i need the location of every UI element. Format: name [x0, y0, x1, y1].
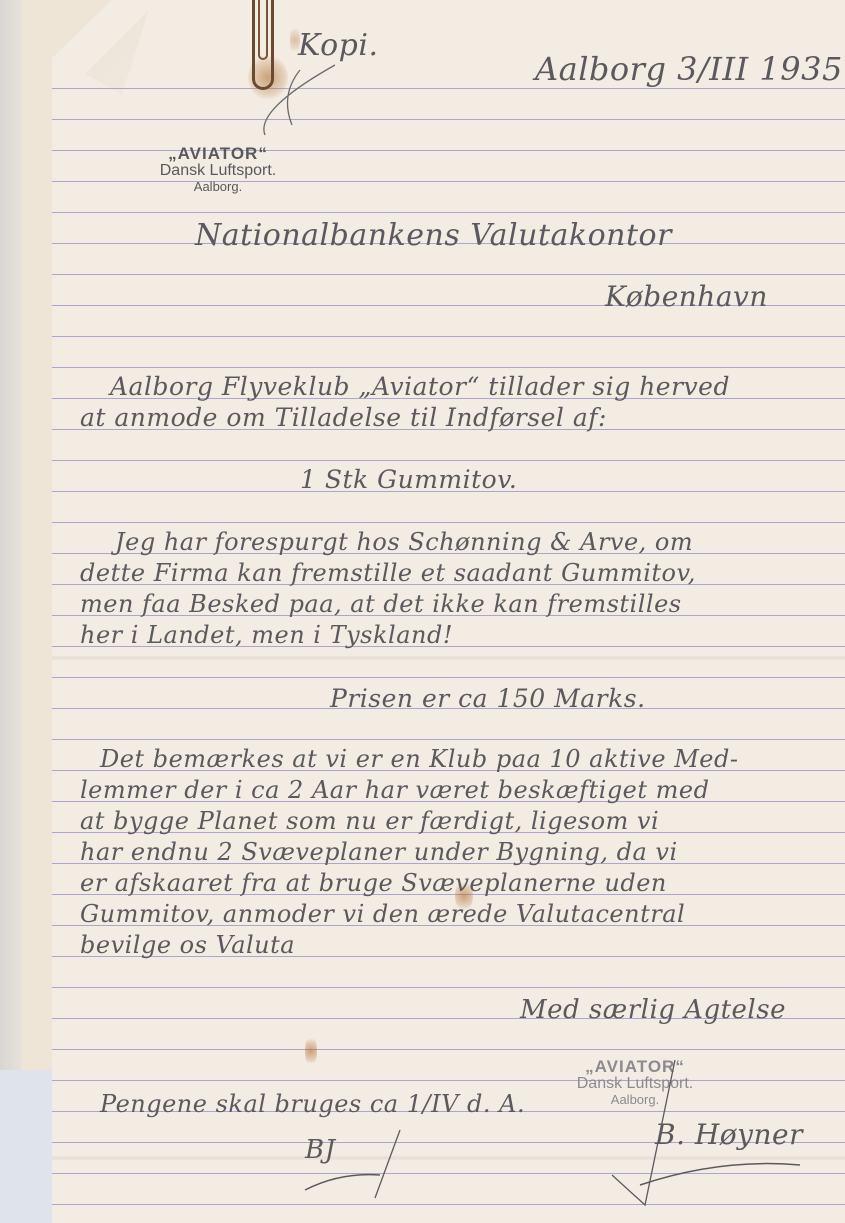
pen-flourishes: [0, 0, 845, 1223]
